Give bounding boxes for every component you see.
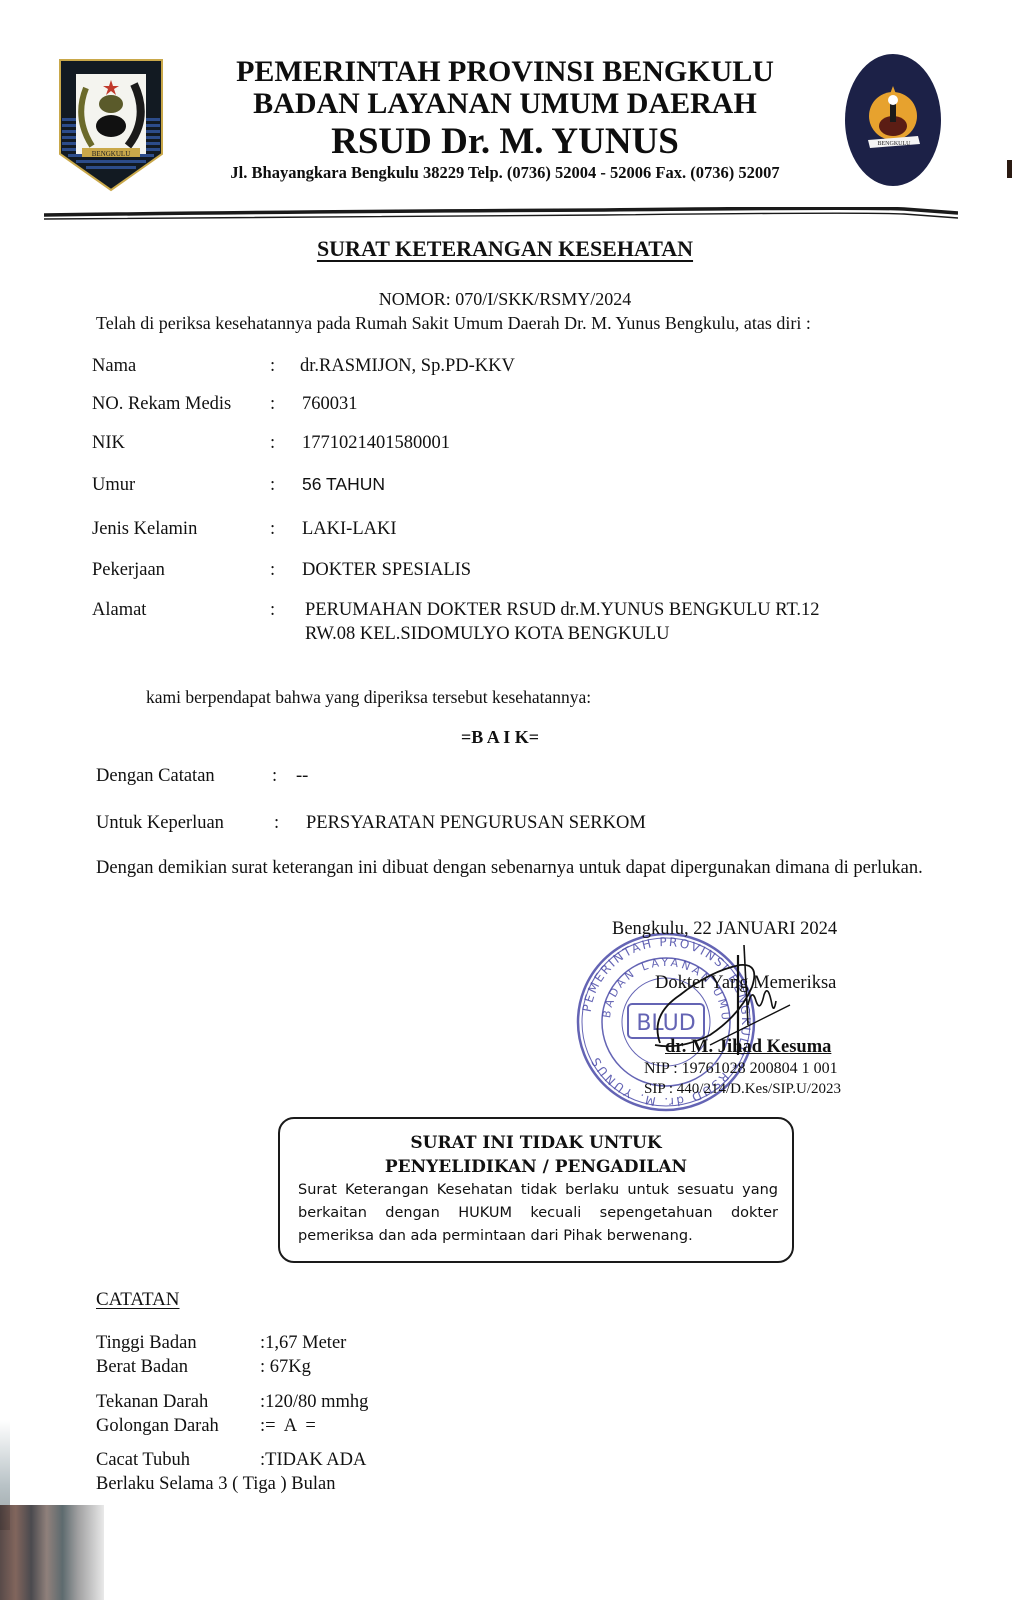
catatan-cacat-tubuh: Cacat Tubuh:TIDAK ADA	[96, 1449, 366, 1472]
field-label: Untuk Keperluan	[96, 813, 274, 834]
field-keperluan: Untuk Keperluan:PERSYARATAN PENGURUSAN S…	[96, 813, 646, 834]
health-verdict: =B A I K=	[0, 727, 1000, 748]
catatan-golongan-darah: Golongan Darah:= A =	[96, 1415, 316, 1438]
catatan-label: Berat Badan	[96, 1356, 260, 1379]
field-value: 760031	[302, 394, 358, 415]
field-separator: :	[270, 433, 302, 454]
field-separator: :	[270, 600, 302, 621]
catatan-label: Golongan Darah	[96, 1415, 260, 1438]
field-separator: :	[270, 394, 302, 415]
field-umur: Umur:56 TAHUN	[92, 474, 385, 496]
opinion-text: kami berpendapat bahwa yang diperiksa te…	[146, 687, 591, 708]
catatan-heading: CATATAN	[96, 1289, 180, 1311]
field-jenis-kelamin: Jenis Kelamin:LAKI-LAKI	[92, 519, 397, 540]
field-label: NO. Rekam Medis	[92, 394, 270, 415]
field-alamat-value: PERUMAHAN DOKTER RSUD dr.M.YUNUS BENGKUL…	[305, 598, 905, 646]
catatan-validity: Berlaku Selama 3 ( Tiga ) Bulan	[96, 1473, 335, 1496]
notice-heading-1: SURAT INI TIDAK UNTUK	[280, 1131, 792, 1155]
letterhead-line-2: BADAN LAYANAN UMUM DAERAH	[180, 87, 830, 121]
field-alamat: Alamat:	[92, 600, 302, 621]
field-value: DOKTER SPESIALIS	[302, 560, 471, 581]
field-pekerjaan: Pekerjaan:DOKTER SPESIALIS	[92, 560, 471, 581]
closing-statement: Dengan demikian surat keterangan ini dib…	[96, 856, 926, 880]
field-value: dr.RASMIJON, Sp.PD-KKV	[300, 356, 515, 377]
document-intro: Telah di periksa kesehatannya pada Rumah…	[96, 313, 811, 334]
letterhead-hospital-name: RSUD Dr. M. YUNUS	[180, 120, 830, 163]
document-title: SURAT KETERANGAN KESEHATAN	[0, 236, 1010, 262]
catatan-label: Tinggi Badan	[96, 1332, 260, 1355]
field-catatan: Dengan Catatan:--	[96, 766, 308, 787]
field-value: 1771021401580001	[302, 433, 450, 454]
alamat-line-1: PERUMAHAN DOKTER RSUD dr.M.YUNUS BENGKUL…	[305, 598, 905, 622]
letterhead-divider	[44, 207, 958, 221]
scan-artifact	[0, 1505, 104, 1600]
bengkulu-province-crest-icon: BENGKULU	[56, 58, 166, 192]
field-value: PERSYARATAN PENGURUSAN SERKOM	[306, 813, 646, 833]
catatan-value: := A =	[260, 1416, 316, 1436]
field-value: 56 TAHUN	[302, 474, 385, 495]
field-rekam-medis: NO. Rekam Medis:760031	[92, 394, 358, 415]
field-label: Umur	[92, 475, 270, 496]
letterhead-line-1: PEMERINTAH PROVINSI BENGKULU	[180, 55, 830, 89]
field-separator: :	[270, 356, 302, 377]
field-label: Alamat	[92, 600, 270, 621]
catatan-value: :TIDAK ADA	[260, 1450, 366, 1470]
field-value: --	[296, 766, 308, 786]
field-nama: Nama:dr.RASMIJON, Sp.PD-KKV	[92, 356, 515, 377]
catatan-value: :1,67 Meter	[260, 1333, 346, 1353]
field-label: Pekerjaan	[92, 560, 270, 581]
catatan-value: :120/80 mmhg	[260, 1392, 368, 1412]
field-separator: :	[270, 560, 302, 581]
document-number: NOMOR: 070/I/SKK/RSMY/2024	[0, 289, 1010, 310]
svg-text:BENGKULU: BENGKULU	[878, 141, 912, 147]
catatan-label: Cacat Tubuh	[96, 1449, 260, 1472]
signatory-sip: SIP : 440/214/D.Kes/SIP.U/2023	[644, 1081, 841, 1098]
field-separator: :	[270, 519, 302, 540]
legal-notice-box: SURAT INI TIDAK UNTUK PENYELIDIKAN / PEN…	[278, 1117, 794, 1263]
signatory-nip: NIP : 19761028 200804 1 001	[644, 1060, 838, 1078]
field-value: LAKI-LAKI	[302, 519, 397, 540]
field-nik: NIK:1771021401580001	[92, 433, 450, 454]
catatan-tinggi-badan: Tinggi Badan:1,67 Meter	[96, 1332, 346, 1355]
catatan-tekanan-darah: Tekanan Darah:120/80 mmhg	[96, 1391, 368, 1414]
field-separator: :	[274, 813, 306, 834]
letterhead-address: Jl. Bhayangkara Bengkulu 38229 Telp. (07…	[180, 163, 830, 183]
svg-text:BENGKULU: BENGKULU	[92, 150, 131, 158]
alamat-line-2: RW.08 KEL.SIDOMULYO KOTA BENGKULU	[305, 622, 905, 646]
field-separator: :	[270, 475, 302, 496]
field-label: NIK	[92, 433, 270, 454]
rsud-hospital-emblem-icon: BENGKULU	[842, 52, 944, 188]
notice-body: Surat Keterangan Kesehatan tidak berlaku…	[298, 1179, 778, 1248]
catatan-value: : 67Kg	[260, 1357, 311, 1377]
catatan-label: Tekanan Darah	[96, 1391, 260, 1414]
field-label: Nama	[92, 356, 270, 377]
field-label: Dengan Catatan	[96, 766, 274, 787]
field-label: Jenis Kelamin	[92, 519, 270, 540]
catatan-berat-badan: Berat Badan: 67Kg	[96, 1356, 311, 1379]
notice-heading-2: PENYELIDIKAN / PENGADILAN	[280, 1155, 792, 1179]
scan-artifact	[1007, 160, 1012, 178]
signatory-name: dr. M. Jihad Kesuma	[665, 1037, 831, 1058]
